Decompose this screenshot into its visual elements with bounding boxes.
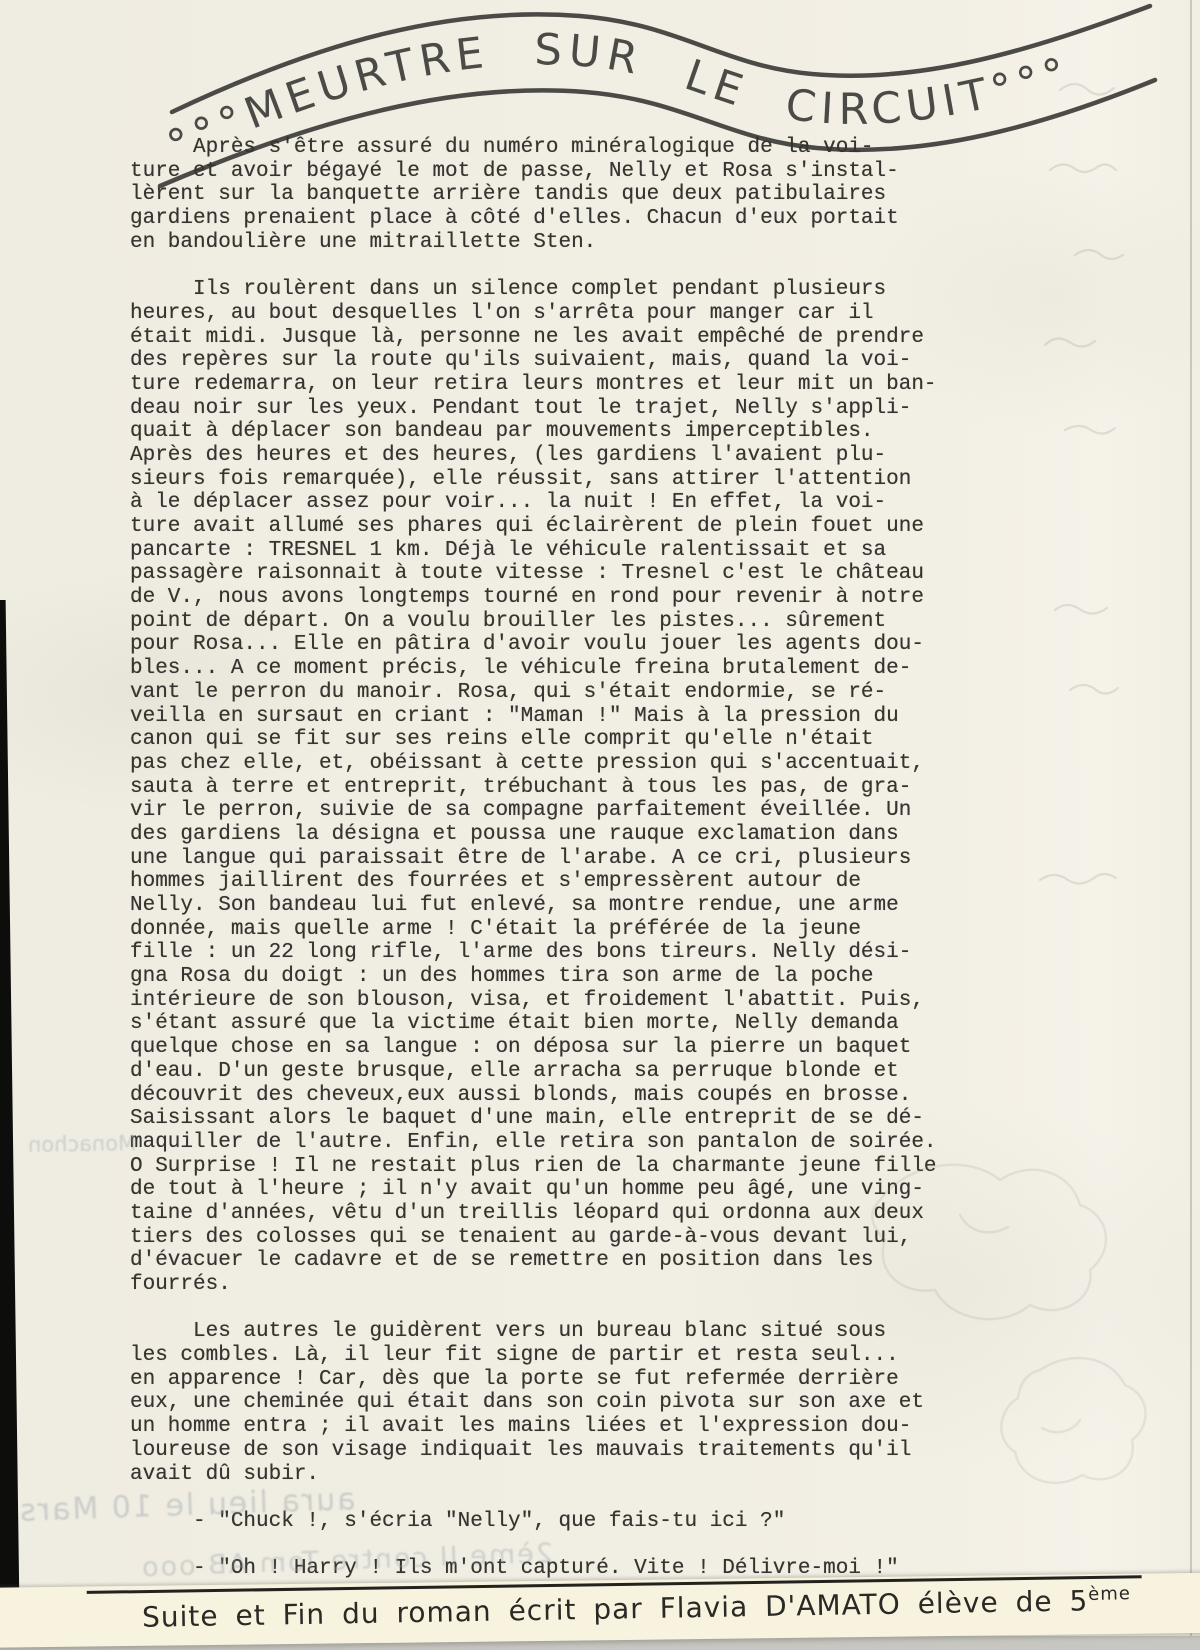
text-line: de V., nous avons longtemps tourné en ro…	[130, 586, 1070, 610]
text-line: taine d'années, vêtu d'un treillis léopa…	[130, 1202, 1070, 1226]
text-line: bles... A ce moment précis, le véhicule …	[130, 657, 1070, 681]
text-line: hommes jaillirent des fourrées et s'empr…	[130, 870, 1070, 894]
text-line: des gardiens la désigna et poussa une ra…	[130, 823, 1070, 847]
text-line: d'eau. D'un geste brusque, elle arracha …	[130, 1060, 1070, 1084]
text-line: passagère raisonnait à toute vitesse : T…	[130, 562, 1070, 586]
text-line: pancarte : TRESNEL 1 km. Déjà le véhicul…	[130, 539, 1070, 563]
text-line: lèrent sur la banquette arrière tandis q…	[130, 183, 1070, 207]
text-line: découvrit des cheveux,eux aussi blonds, …	[130, 1084, 1070, 1108]
text-line: était midi. Jusque là, personne ne les a…	[130, 326, 1070, 350]
text-line: Saisissant alors le baquet d'une main, e…	[130, 1107, 1070, 1131]
text-line: Après des heures et des heures, (les gar…	[130, 444, 1070, 468]
scanned-document-page: °°°MEURTRE SUR LE CIRCUIT°°° Après s'êtr…	[0, 0, 1200, 1650]
text-line: quait à déplacer son bandeau par mouveme…	[130, 420, 1070, 444]
footer-credit-sup: ème	[1088, 1583, 1131, 1605]
text-line: d'évacuer le cadavre et de se remettre e…	[130, 1249, 1070, 1273]
text-line: une langue qui paraissait être de l'arab…	[130, 847, 1070, 871]
text-line: sauta à terre et entreprit, trébuchant à…	[130, 776, 1070, 800]
bleed-through-text: Monachon	[28, 1131, 137, 1157]
text-line: point de départ. On a voulu brouiller le…	[130, 610, 1070, 634]
text-line: s'étant assuré que la victime était bien…	[130, 1012, 1070, 1036]
text-line: Les autres le guidèrent vers un bureau b…	[130, 1320, 1070, 1344]
text-line: donnée, mais quelle arme ! C'était la pr…	[130, 918, 1070, 942]
text-line: loureuse de son visage indiquait les mau…	[130, 1439, 1070, 1463]
text-line: eux, une cheminée qui était dans son coi…	[130, 1391, 1070, 1415]
text-line: pas chez elle, et, obéissant à cette pre…	[130, 752, 1070, 776]
text-line: Après s'être assuré du numéro minéralogi…	[130, 136, 1070, 160]
text-line: quelque chose en sa langue : on déposa s…	[130, 1036, 1070, 1060]
text-line: maquiller de l'autre. Enfin, elle retira…	[130, 1131, 1070, 1155]
text-line: sieurs fois remarquée), elle réussit, sa…	[130, 468, 1070, 492]
text-line: ture redemarra, on leur retira leurs mon…	[130, 373, 1070, 397]
story-text: Après s'être assuré du numéro minéralogi…	[130, 136, 1070, 1581]
paragraph: Les autres le guidèrent vers un bureau b…	[130, 1320, 1070, 1486]
text-line: pour Rosa... Elle en pâtira d'avoir voul…	[130, 633, 1070, 657]
text-line: deau noir sur les yeux. Pendant tout le …	[130, 397, 1070, 421]
footer-credit-text: Suite et Fin du roman écrit par Flavia D…	[142, 1584, 1089, 1634]
text-line: des repères sur la route qu'ils suivaien…	[130, 349, 1070, 373]
text-line: Nelly. Son bandeau lui fut enlevé, sa mo…	[130, 894, 1070, 918]
text-line: ture et avoir bégayé le mot de passe, Ne…	[130, 160, 1070, 184]
text-line: intérieure de son blouson, visa, et froi…	[130, 989, 1070, 1013]
text-line: ture avait allumé ses phares qui éclairè…	[130, 515, 1070, 539]
text-line: en apparence ! Car, dès que la porte se …	[130, 1368, 1070, 1392]
text-line: fille : un 22 long rifle, l'arme des bon…	[130, 941, 1070, 965]
text-line: veilla en sursaut en criant : "Maman !" …	[130, 705, 1070, 729]
page-edge-line	[1190, 0, 1192, 1650]
text-line: un homme entra ; il avait les mains liée…	[130, 1415, 1070, 1439]
paragraph: Après s'être assuré du numéro minéralogi…	[130, 136, 1070, 254]
text-line: - "Chuck !, s'écria "Nelly", que fais-tu…	[130, 1510, 1070, 1534]
text-line: O Surprise ! Il ne restait plus rien de …	[130, 1155, 1070, 1179]
text-line: tiers des colosses qui se tenaient au ga…	[130, 1226, 1070, 1250]
text-line: gardiens prenaient place à côté d'elles.…	[130, 207, 1070, 231]
text-line: en bandoulière une mitraillette Sten.	[130, 231, 1070, 255]
text-line: à le déplacer assez pour voir... la nuit…	[130, 491, 1070, 515]
text-line: heures, au bout desquelles l'on s'arrêta…	[130, 302, 1070, 326]
text-line: de tout à l'heure ; il n'y avait qu'un h…	[130, 1178, 1070, 1202]
text-line: Ils roulèrent dans un silence complet pe…	[130, 278, 1070, 302]
text-line: vant le perron du manoir. Rosa, qui s'ét…	[130, 681, 1070, 705]
paragraph: Ils roulèrent dans un silence complet pe…	[130, 278, 1070, 1297]
text-line: les combles. Là, il leur fit signe de pa…	[130, 1344, 1070, 1368]
text-line: canon qui se fit sur ses reins elle comp…	[130, 728, 1070, 752]
text-line: fourrés.	[130, 1273, 1070, 1297]
text-line: avait dû subir.	[130, 1463, 1070, 1487]
text-line: gna Rosa du doigt : un des hommes tira s…	[130, 965, 1070, 989]
text-line: vir le perron, suivie de sa compagne par…	[130, 799, 1070, 823]
paragraph: - "Chuck !, s'écria "Nelly", que fais-tu…	[130, 1510, 1070, 1534]
scan-edge-shadow	[0, 600, 20, 1650]
